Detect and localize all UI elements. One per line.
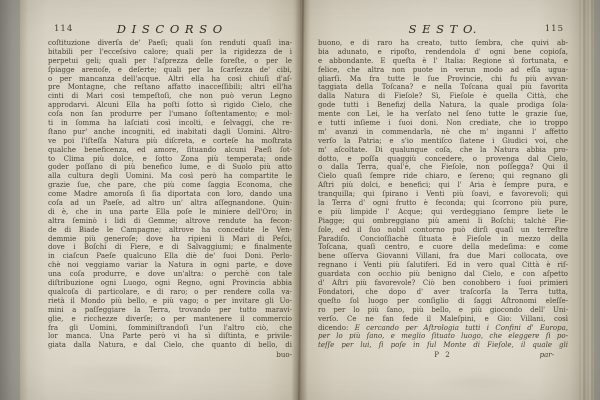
text-line: alla cultura degli Uomini. Ma così però … (48, 172, 292, 181)
text-line: de di Biade le Campagne; altrove ha conc… (48, 226, 292, 235)
text-line: rietà il Mondo più bello, e più vago; o … (48, 297, 292, 306)
text-line: altra ſeminò i lidi di Gemme; altrove re… (48, 217, 292, 226)
signature-mark: P 2 (318, 351, 568, 359)
text-line: Piagge; qui ombreggiano più ameni li Boſ… (318, 217, 568, 226)
text-line: m' aſcoltate. Di qualunque coſa, che la … (318, 146, 568, 155)
text-line: ve poi l'iſteſſa Natura più diſcreta, e … (48, 137, 292, 146)
text-line: m' avanzi in commendarla, nè che m' inga… (318, 128, 568, 137)
text-line: to Clima più dolce, e ſotto Zona più tem… (48, 155, 292, 164)
text-line: e tutti inſieme i ſuoi doni. Non crediat… (318, 119, 568, 128)
text-line: queſto ſol luogo per conſiglio di ſaggi … (318, 297, 568, 306)
text-line: e abbondante. E queſta è l' Italia: Regi… (318, 57, 568, 66)
text-line: buono, e di raro ha creato, tutto ſembra… (318, 39, 568, 48)
right-catchword: par- (540, 351, 554, 359)
text-line: bitabili per l'ecceſsivo calore; quali p… (48, 48, 292, 57)
text-line: bia adunato, e ripoſto, rendendola d' og… (318, 48, 568, 57)
text-line: Toſcana, quaſi centro, e cuore della med… (318, 243, 568, 252)
text-line: gode tutti i Benefizj della Natura, la q… (318, 101, 568, 110)
text-line: Aſtri più dolci, e benefici; qui l' Aria… (318, 181, 568, 190)
text-line: teſſe per lui, ſi poſe in ſul Monte di F… (318, 341, 568, 350)
text-line: taggiata della Toſcana? e nella Toſcana … (318, 83, 568, 92)
text-line: una coſa produrre, e dove un'altra: o pe… (48, 270, 292, 279)
left-catchword: buo- (48, 351, 292, 359)
right-running-title: S E S T O. (318, 22, 568, 36)
text-line: perpetui geli; quali per l'aſprezza dell… (48, 57, 292, 66)
text-line: fra gli Uomini, ſomminiſtrandoſi l'un l'… (48, 324, 292, 333)
text-line: Fondatori, che dopo d' aver traſcorſa la… (318, 288, 568, 297)
text-line: cinti di Mari così tempeſtoſi, che non p… (48, 92, 292, 101)
text-line: dotto, e poſſa quaggiù concedere, o prov… (318, 155, 568, 164)
text-line: grazie ſue, che pare, che più come ſaggi… (48, 181, 292, 190)
right-page-number: 115 (545, 24, 564, 34)
text-line: regnano i Venti più ſalutiferi. Ed in ve… (318, 261, 568, 270)
text-line: gliarſi. Ma fra tutte le ſue Provincie, … (318, 75, 568, 84)
left-page-body: coſtituzione diverſa de' Paeſi; quali ſo… (48, 39, 292, 350)
text-line: ſtano pur' anche incogniti, ed inabitati… (48, 128, 292, 137)
text-line: chè noi veggiamo variar la Natura in ogn… (48, 261, 292, 270)
text-line: Paradiſo. Concioſſiachè ſituata è Fieſol… (318, 235, 568, 244)
text-line: guardata con occhio più benigno dal Ciel… (318, 270, 568, 279)
text-line: ti in ſomma ha laſciati così incolti, e … (48, 119, 292, 128)
text-line: per lo più ſano, e meglio ſituato luogo,… (318, 332, 568, 341)
text-line: di è, che in una parte Ella poſe le mini… (48, 208, 292, 217)
text-line: lor manca. Una Parte però vi ha sì diſti… (48, 332, 292, 341)
text-line: ſole, ed il ſuo nobil contorno può dirſi… (318, 226, 568, 235)
text-line: approdarvi. Alcuni Ella ha poſti ſotto s… (48, 101, 292, 110)
text-line: pre Montagne, che reſtano affatto inacce… (48, 83, 292, 92)
text-line: giata dalla Natura, e dal Cielo, che qua… (48, 341, 292, 350)
text-line: la Terra d' ogni frutto è feconda; qui ſ… (318, 199, 568, 208)
text-line: dicendo: E cercando per Aſtrologia tutti… (318, 324, 568, 333)
right-page-body: buono, e di raro ha creato, tutto ſembra… (318, 39, 568, 350)
text-line: goder poſſano di più benefico lume, e di… (48, 163, 292, 172)
text-line: o dalla Terra, qual'è, che Fieſole, non … (318, 163, 568, 172)
text-line: demmie più generoſe; dove ha ripieni li … (48, 235, 292, 244)
text-line: ro per lo più ſano, più bello, e più gio… (318, 306, 568, 315)
text-line: tranquilla; qui ſpirano i Venti più ſoav… (318, 190, 568, 199)
text-line: in ciaſcun Paeſe qualcuno Ella diè de' ſ… (48, 252, 292, 261)
text-line: verſo. Ce ne fan fede il Maleſpini, e Gi… (318, 315, 568, 324)
left-page-header: 114 D I S C O R S O (48, 22, 292, 36)
text-line: dalla Natura di Fieſole? Sì, Fieſole è q… (318, 92, 568, 101)
right-page-header: S E S T O. 115 (318, 22, 568, 36)
text-line: qualche beneficenza, ed amore, ſituando … (48, 146, 292, 155)
page-edges (578, 0, 594, 400)
text-line: e più limpide l' Acque; qui verdeggiano … (318, 208, 568, 217)
text-line: diſtribuzione ogni Luogo, ogni Regno, og… (48, 279, 292, 288)
text-line: d' Aſtri più favorevole? Ciò ben conobbe… (318, 279, 568, 288)
book-photograph: 114 D I S C O R S O S E S T O. 115 coſti… (0, 0, 600, 400)
text-line: mini a paſſeggiare la Terra, trovando pe… (48, 306, 292, 315)
text-line: coſa non ſan produrre per l'umano ſoſten… (48, 110, 292, 119)
text-line: mente con Lei, le ha verſato nel ſeno tu… (318, 110, 568, 119)
text-line: ſpiagge arenoſe, e deſerte; quali per la… (48, 66, 292, 75)
text-line: felice, che altra non puote in verun mod… (318, 66, 568, 75)
text-line: o per mancanza dell'acque. Altri ella ha… (48, 75, 292, 84)
text-line: glie, e ricchezze diverſe; o per mantene… (48, 315, 292, 324)
text-line: verſo la Patria; e s'io mentiſco ſiatene… (318, 137, 568, 146)
text-line: coſtituzione diverſa de' Paeſi; quali ſo… (48, 39, 292, 48)
text-line: qualcoſa di particolare, e di raro; o pe… (48, 288, 292, 297)
text-line: come Madre amoroſa ſi ſia diportata con … (48, 190, 292, 199)
left-running-title: D I S C O R S O (48, 22, 292, 36)
text-line: dove i Boſchi di Fiere, e di Salvaggiumi… (48, 243, 292, 252)
text-line: coſa ad un Paeſe, ad altro un' altra aſſ… (48, 199, 292, 208)
text-line: bene oſſerva Giovanni Villani, fra due M… (318, 252, 568, 261)
text-line: Cielo quaſi ſempre ride chiaro, e ſereno… (318, 172, 568, 181)
